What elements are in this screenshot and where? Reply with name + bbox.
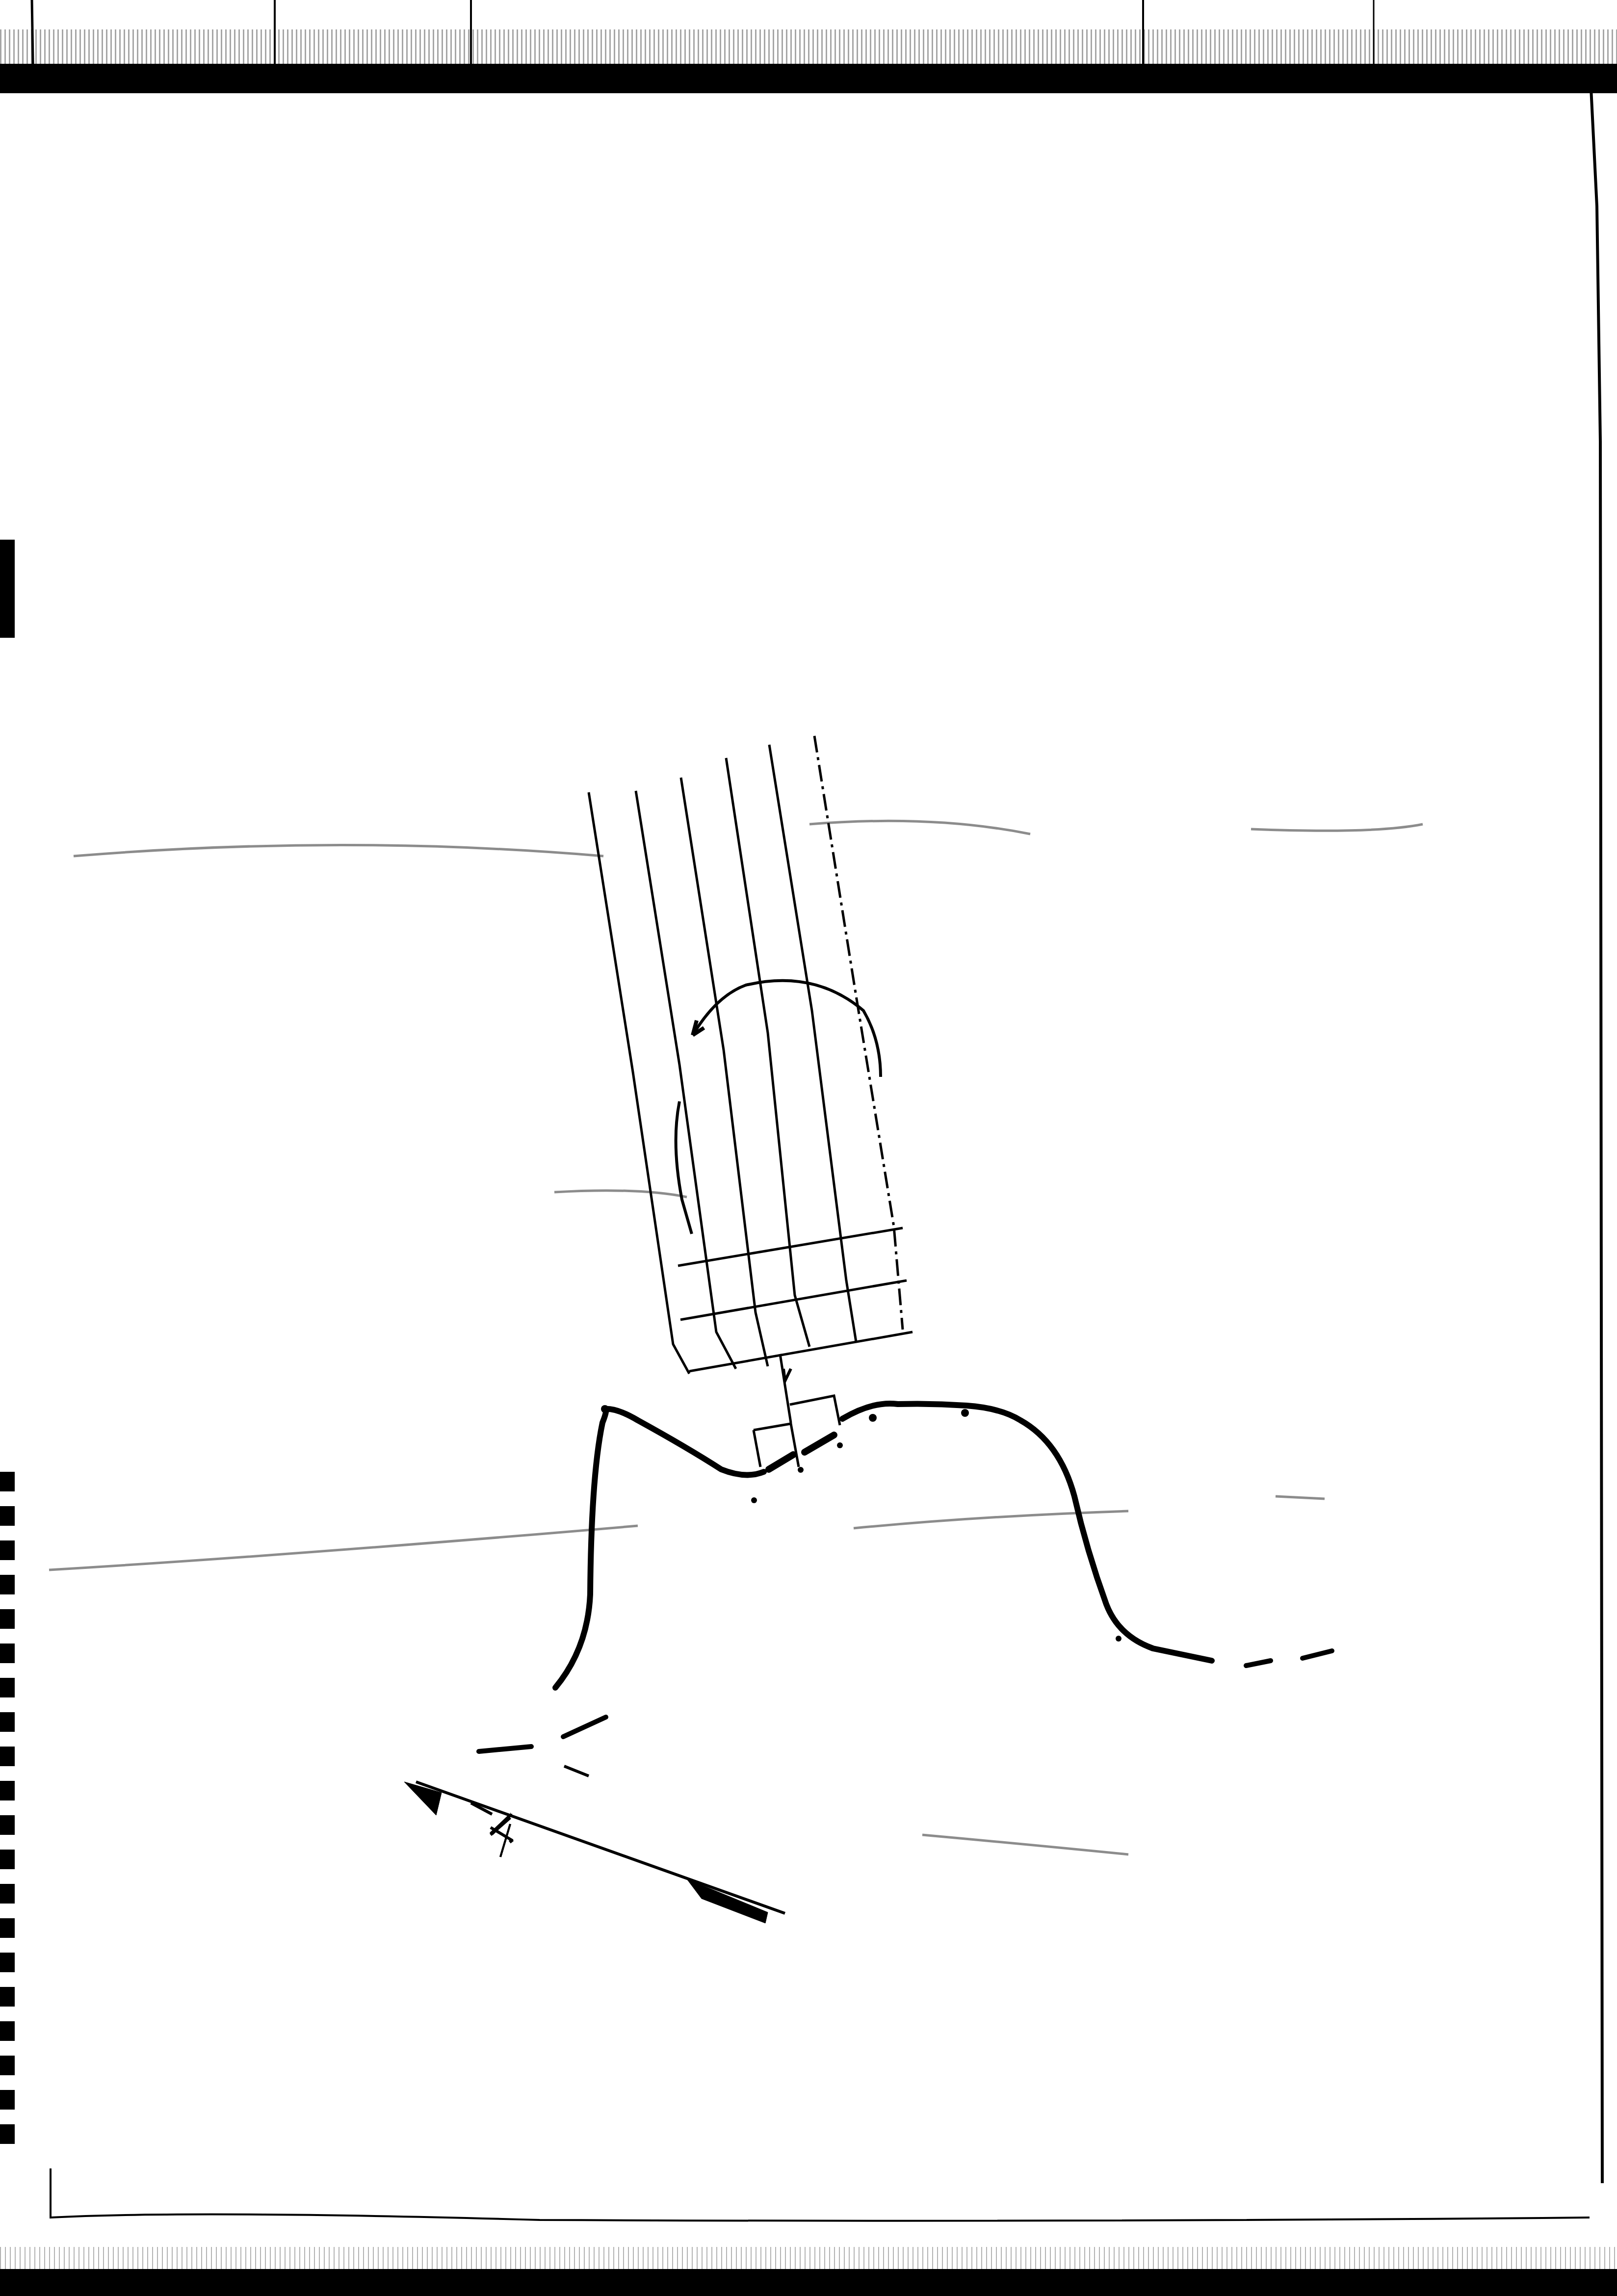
map-drawing <box>0 0 1617 2296</box>
entry-arrow <box>780 1354 791 1423</box>
coal-outcrop-line <box>479 1404 1332 1751</box>
portal-offset-lines <box>754 1396 840 1467</box>
north-arrow <box>404 1766 785 1923</box>
survey-cross-rows <box>678 1228 913 1371</box>
survey-strip-lines <box>589 736 903 1374</box>
map-frame <box>29 0 1602 2221</box>
scan-streaks <box>49 821 1423 1854</box>
direction-arc-arrow <box>676 981 881 1234</box>
